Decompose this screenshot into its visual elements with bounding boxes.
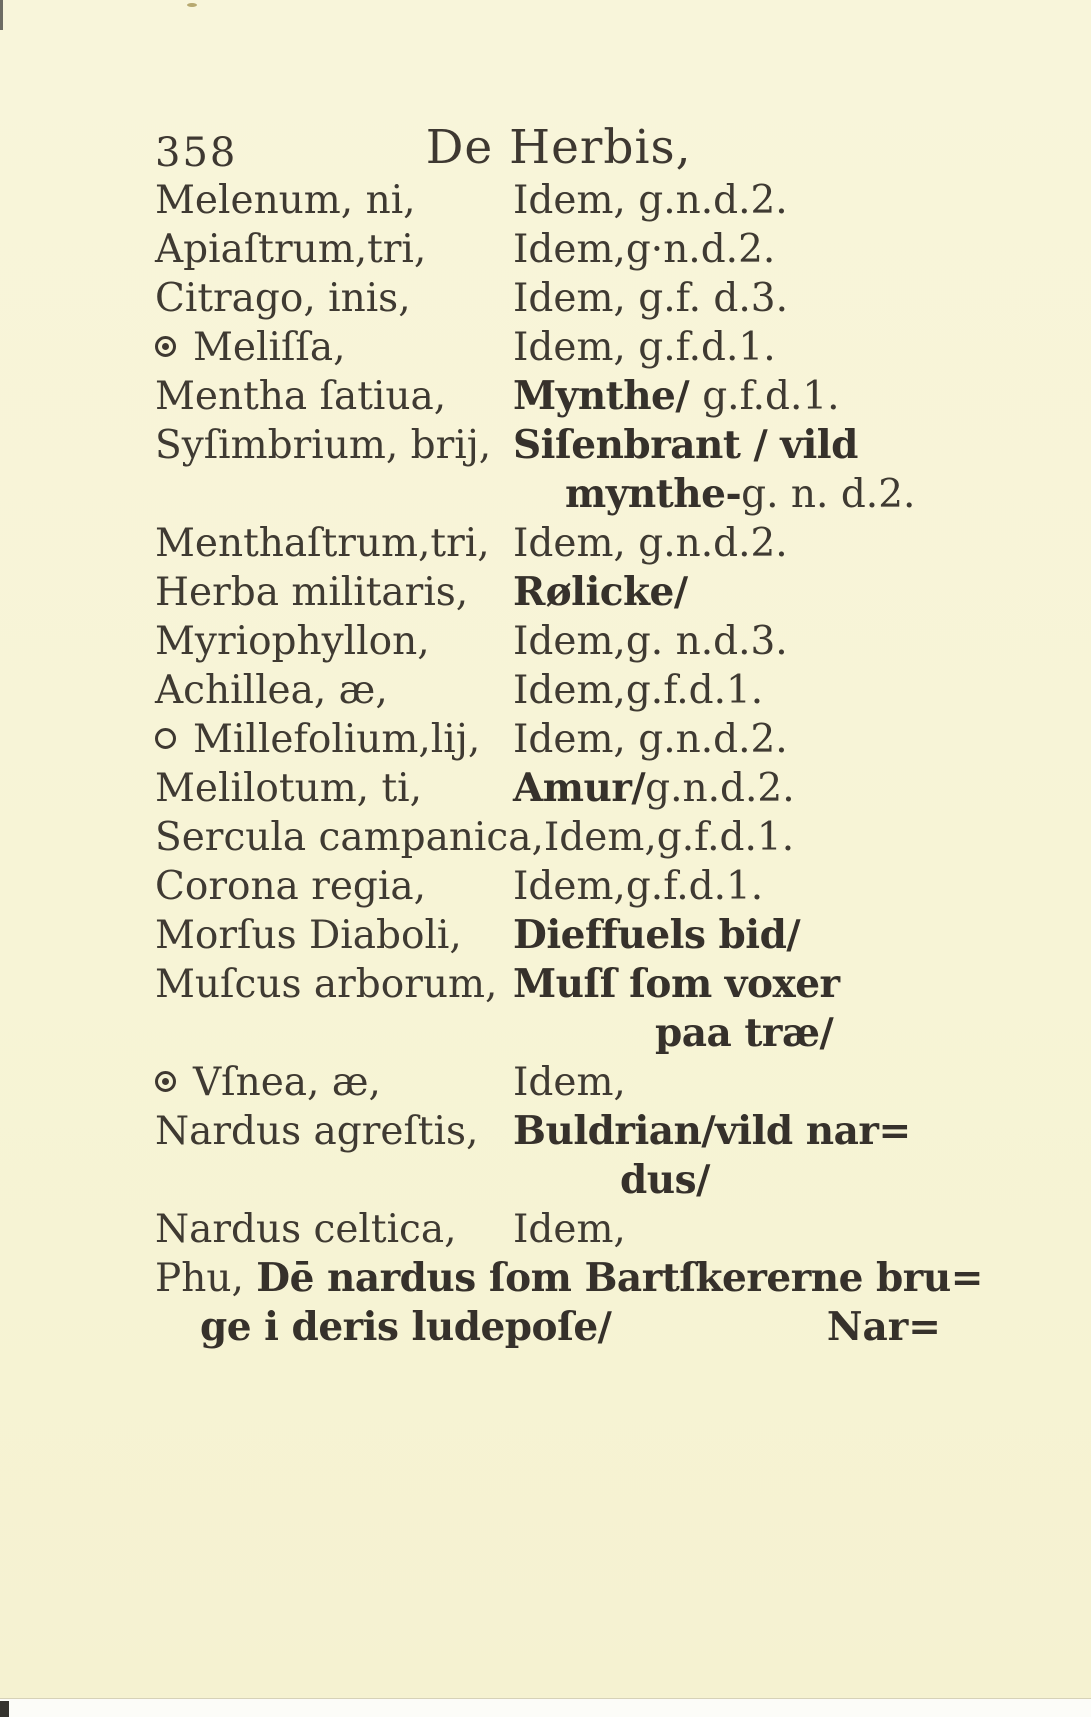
entry-line: Sercula campanica, Idem,g.f.d.1.	[155, 813, 947, 862]
gloss-text: Buldrian/vild nar=	[513, 1107, 947, 1156]
gloss-text: Siſenbrant / vild	[513, 421, 947, 470]
herb-entry-list: Melenum, ni, Idem, g.n.d.2. Apiaſtrum,tr…	[155, 176, 947, 1352]
roman-text-segment: Idem,g·n.d.2.	[513, 227, 775, 272]
catchword: Nar=	[827, 1304, 941, 1350]
blackletter-gloss-segment: Mynthe/	[513, 373, 702, 419]
roman-text-segment: Idem,	[513, 1207, 626, 1252]
latin-name: Herba militaris,	[155, 568, 513, 617]
latin-name: Syſimbrium, brij,	[155, 421, 513, 470]
gloss-text: Amur/g.n.d.2.	[513, 764, 947, 813]
page-number: 358	[155, 130, 237, 176]
blackletter-gloss-segment: Dieffuels bid/	[513, 912, 800, 958]
entry-line: mynthe-g. n. d.2.	[155, 470, 947, 519]
entry-line: Muſcus arborum, Muſſ ſom voxer	[155, 960, 947, 1009]
officinal-marker-icon	[155, 1071, 176, 1092]
gloss-text: Idem, g.n.d.2.	[513, 715, 947, 764]
entry-line: Melenum, ni, Idem, g.n.d.2.	[155, 176, 947, 225]
gloss-text: mynthe-g. n. d.2.	[513, 470, 947, 519]
roman-text-segment: g.f.d.1.	[702, 374, 839, 419]
latin-name: Phu, Dē nardus ſom Bartſkererne bru=	[155, 1254, 983, 1303]
roman-text-segment: Myriophyllon,	[155, 619, 430, 664]
blackletter-gloss-segment: Rølicke/	[513, 569, 688, 615]
gloss-text: Dieffuels bid/	[513, 911, 947, 960]
running-title: De Herbis,	[426, 120, 692, 175]
roman-text-segment: Idem,g. n.d.3.	[513, 619, 788, 664]
roman-text-segment: Vſnea, æ,	[193, 1060, 381, 1105]
roman-text-segment: Idem, g.n.d.2.	[513, 521, 788, 566]
roman-text-segment: Idem,g.f.d.1.	[513, 668, 763, 713]
roman-text-segment: Idem, g.f. d.3.	[513, 276, 788, 321]
gloss-text: Idem, g.f.d.1.	[513, 323, 947, 372]
latin-name: Menthaſtrum,tri,	[155, 519, 513, 568]
roman-text-segment: Meliſſa,	[193, 325, 345, 370]
latin-name: Melilotum, ti,	[155, 764, 513, 813]
gloss-text: Rølicke/	[513, 568, 947, 617]
entry-line: Phu, Dē nardus ſom Bartſkererne bru=	[155, 1254, 947, 1303]
roman-text-segment: Melilotum, ti,	[155, 766, 422, 811]
blackletter-gloss-segment: Buldrian/vild nar=	[513, 1108, 911, 1154]
roman-text-segment: Morſus Diaboli,	[155, 913, 462, 958]
blackletter-gloss-segment: Siſenbrant / vild	[513, 422, 858, 468]
roman-text-segment: Corona regia,	[155, 864, 426, 909]
roman-text-segment: Melenum, ni,	[155, 178, 416, 223]
latin-name: Muſcus arborum,	[155, 960, 513, 1009]
latin-name: Mentha ſatiua,	[155, 372, 513, 421]
latin-name: Apiaſtrum,tri,	[155, 225, 513, 274]
roman-text-segment: Muſcus arborum,	[155, 962, 497, 1007]
entry-line: Herba militaris, Rølicke/	[155, 568, 947, 617]
roman-text-segment: Idem, g.n.d.2.	[513, 178, 788, 223]
blackletter-gloss-segment: Dē nardus ſom Bartſkererne bru=	[256, 1255, 983, 1301]
entry-line: Melilotum, ti, Amur/g.n.d.2.	[155, 764, 947, 813]
gloss-text: paa træ/	[513, 1009, 947, 1058]
entry-line: Syſimbrium, brij, Siſenbrant / vild	[155, 421, 947, 470]
blackletter-gloss-segment: paa træ/	[655, 1010, 833, 1056]
latin-name: Meliſſa,	[155, 323, 513, 372]
blackletter-gloss-segment: mynthe-	[565, 471, 741, 517]
gloss-text: Nar=	[611, 1303, 947, 1352]
roman-text-segment: Idem,g.f.d.1.	[513, 864, 763, 909]
roman-text-segment: Phu,	[155, 1256, 256, 1301]
gloss-text: Idem,	[513, 1058, 947, 1107]
latin-name: Millefolium,lij,	[155, 715, 513, 764]
entry-line: Millefolium,lij, Idem, g.n.d.2.	[155, 715, 947, 764]
running-head: 358 De Herbis,	[155, 120, 941, 182]
roman-text-segment: Herba militaris,	[155, 570, 468, 615]
gloss-text: Idem,g.f.d.1.	[544, 813, 947, 862]
gloss-text: Idem,	[513, 1205, 947, 1254]
gloss-text: Idem,g·n.d.2.	[513, 225, 947, 274]
roman-text-segment: Mentha ſatiua,	[155, 374, 446, 419]
gloss-text: Idem, g.f. d.3.	[513, 274, 947, 323]
entry-line: paa træ/	[155, 1009, 947, 1058]
scan-edge-artifact	[0, 0, 3, 30]
latin-name: Nardus agreſtis,	[155, 1107, 513, 1156]
blackletter-gloss-segment: ge i deris ludepoſe/	[200, 1304, 611, 1350]
blackletter-gloss-segment: dus/	[620, 1157, 710, 1203]
entry-line: Corona regia, Idem,g.f.d.1.	[155, 862, 947, 911]
latin-name: Vſnea, æ,	[155, 1058, 513, 1107]
scan-corner-artifact	[0, 1701, 9, 1717]
roman-text-segment: Syſimbrium, brij,	[155, 423, 491, 468]
entry-line: Mentha ſatiua, Mynthe/ g.f.d.1.	[155, 372, 947, 421]
latin-name: Citrago, inis,	[155, 274, 513, 323]
gloss-text: Idem, g.n.d.2.	[513, 176, 947, 225]
latin-name: Melenum, ni,	[155, 176, 513, 225]
roman-text-segment: Menthaſtrum,tri,	[155, 521, 490, 566]
latin-name: Myriophyllon,	[155, 617, 513, 666]
latin-name: ge i deris ludepoſe/	[200, 1303, 611, 1352]
roman-text-segment: Idem, g.f.d.1.	[513, 325, 776, 370]
entry-line: Menthaſtrum,tri, Idem, g.n.d.2.	[155, 519, 947, 568]
entry-line: Achillea, æ, Idem,g.f.d.1.	[155, 666, 947, 715]
entry-line: Citrago, inis, Idem, g.f. d.3.	[155, 274, 947, 323]
roman-text-segment: Idem, g.n.d.2.	[513, 717, 788, 762]
roman-text-segment: Nardus agreſtis,	[155, 1109, 478, 1154]
officinal-marker-icon	[155, 336, 176, 357]
entry-line: Meliſſa, Idem, g.f.d.1.	[155, 323, 947, 372]
entry-line: ge i deris ludepoſe/ Nar=	[155, 1303, 947, 1352]
gloss-text: Idem, g.n.d.2.	[513, 519, 947, 568]
gloss-text: Mynthe/ g.f.d.1.	[513, 372, 947, 421]
entry-line: Morſus Diaboli, Dieffuels bid/	[155, 911, 947, 960]
latin-name: Morſus Diaboli,	[155, 911, 513, 960]
paper-speck-artifact	[187, 3, 197, 7]
latin-name: Corona regia,	[155, 862, 513, 911]
officinal-marker-icon	[155, 728, 176, 749]
blackletter-gloss-segment: Muſſ ſom voxer	[513, 961, 840, 1007]
entry-line: Vſnea, æ, Idem,	[155, 1058, 947, 1107]
blackletter-gloss-segment: Amur/	[513, 765, 645, 811]
entry-line: Myriophyllon, Idem,g. n.d.3.	[155, 617, 947, 666]
gloss-text: Muſſ ſom voxer	[513, 960, 947, 1009]
roman-text-segment: g.n.d.2.	[645, 766, 794, 811]
roman-text-segment: Idem,	[513, 1060, 626, 1105]
entry-line: Nardus celtica, Idem,	[155, 1205, 947, 1254]
roman-text-segment: Millefolium,lij,	[193, 717, 480, 762]
roman-text-segment: Achillea, æ,	[155, 668, 388, 713]
entry-line: Apiaſtrum,tri, Idem,g·n.d.2.	[155, 225, 947, 274]
roman-text-segment: Sercula campanica,	[155, 815, 544, 860]
entry-line: dus/	[155, 1156, 947, 1205]
roman-text-segment: Idem,g.f.d.1.	[544, 815, 794, 860]
roman-text-segment: Citrago, inis,	[155, 276, 411, 321]
latin-name: Sercula campanica,	[155, 813, 544, 862]
scanned-book-page: 358 De Herbis, Melenum, ni, Idem, g.n.d.…	[0, 0, 1091, 1699]
roman-text-segment: g. n. d.2.	[741, 472, 915, 517]
roman-text-segment: Nardus celtica,	[155, 1207, 457, 1252]
entry-line: Nardus agreſtis, Buldrian/vild nar=	[155, 1107, 947, 1156]
latin-name: Achillea, æ,	[155, 666, 513, 715]
gloss-text: Idem,g.f.d.1.	[513, 862, 947, 911]
latin-name: Nardus celtica,	[155, 1205, 513, 1254]
gloss-text: Idem,g.f.d.1.	[513, 666, 947, 715]
gloss-text: dus/	[513, 1156, 947, 1205]
roman-text-segment: Apiaſtrum,tri,	[155, 227, 426, 272]
gloss-text: Idem,g. n.d.3.	[513, 617, 947, 666]
